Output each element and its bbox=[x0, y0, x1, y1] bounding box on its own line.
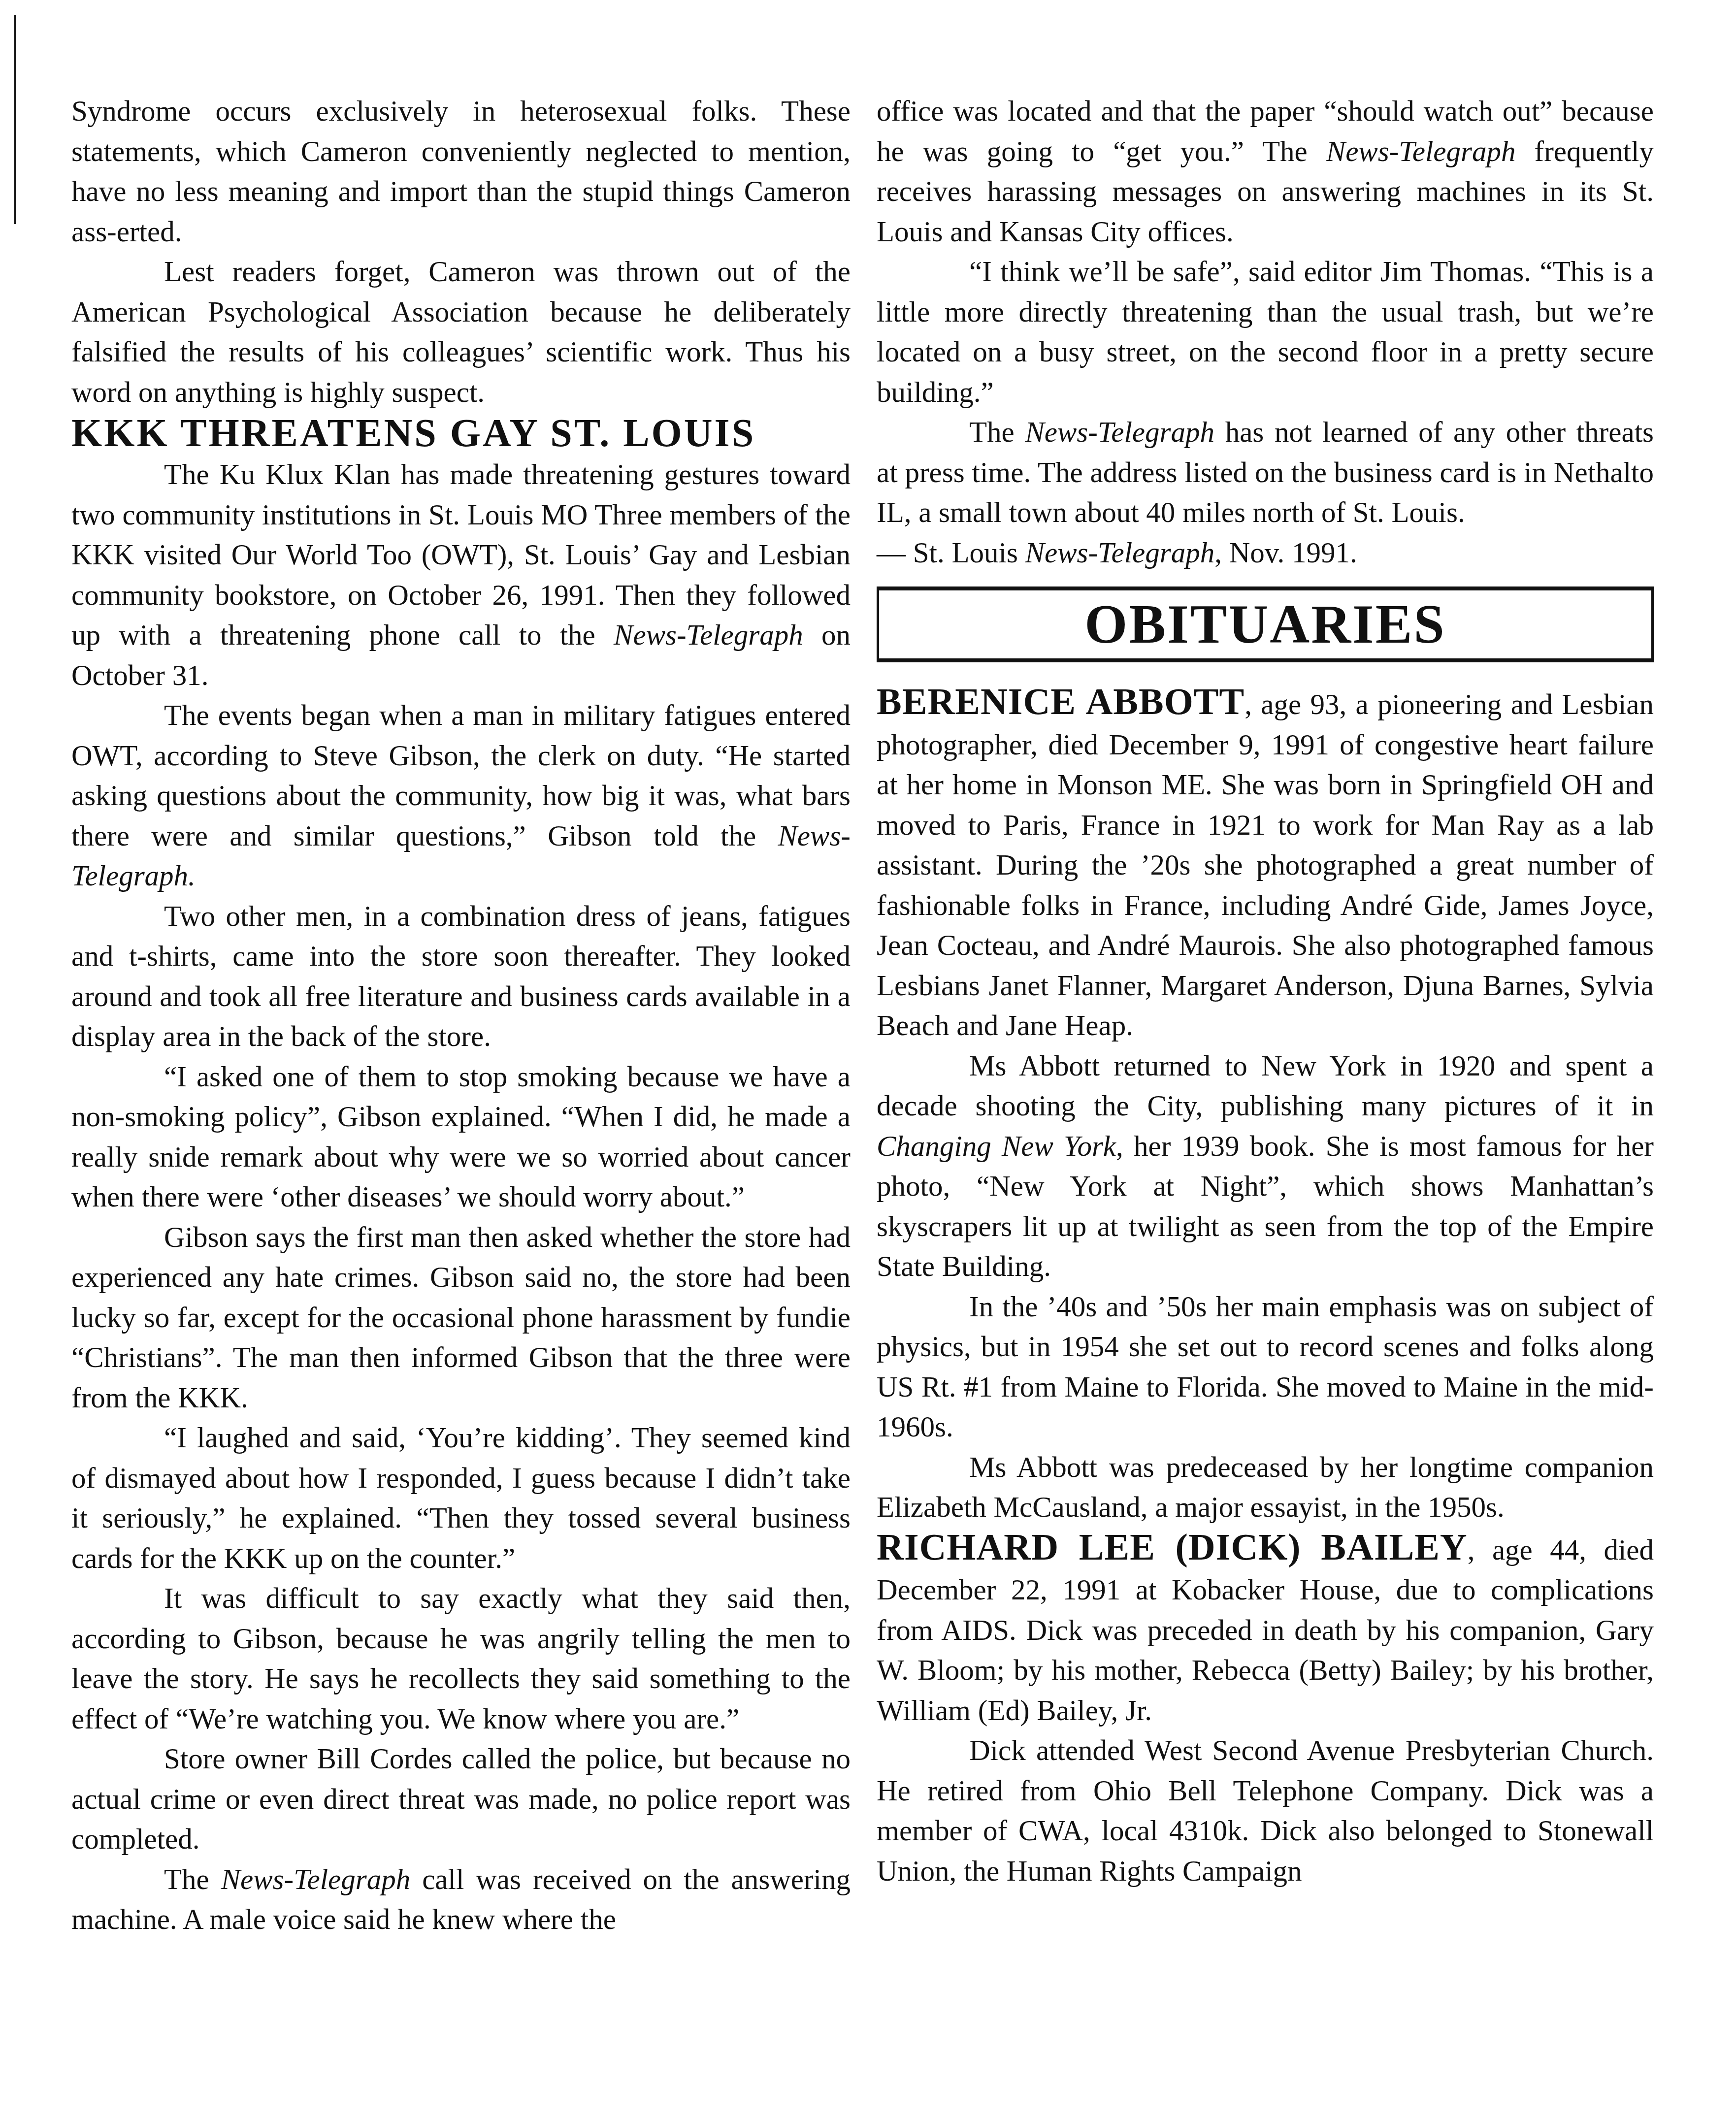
obituary-paragraph: Ms Abbott returned to New York in 1920 a… bbox=[877, 1046, 1654, 1287]
obituary-entry-bailey: RICHARD LEE (DICK) BAILEY, age 44, died … bbox=[877, 1528, 1654, 1731]
publication-name: News-Telegraph bbox=[221, 1863, 411, 1895]
story-paragraph: Store owner Bill Cordes called the polic… bbox=[71, 1739, 851, 1859]
obituary-paragraph: Dick attended West Second Avenue Presbyt… bbox=[877, 1730, 1654, 1891]
story-paragraph: office was located and that the paper “s… bbox=[877, 91, 1654, 252]
story-paragraph: It was difficult to say exactly what the… bbox=[71, 1578, 851, 1739]
story-paragraph: Two other men, in a combination dress of… bbox=[71, 896, 851, 1057]
obituary-entry-abbott: BERENICE ABBOTT, age 93, a pioneering an… bbox=[877, 682, 1654, 1046]
obituary-paragraph: Ms Abbott was predeceased by her longtim… bbox=[877, 1447, 1654, 1528]
story-paragraph: The Ku Klux Klan has made threatening ge… bbox=[71, 455, 851, 695]
story-attribution: — St. Louis News-Telegraph, Nov. 1991. bbox=[877, 533, 1654, 573]
scan-edge-line bbox=[14, 15, 16, 224]
publication-name: News-Telegraph bbox=[614, 619, 803, 651]
publication-name: News-Telegraph bbox=[1025, 536, 1215, 569]
obituary-name: BERENICE ABBOTT bbox=[877, 681, 1245, 722]
obituary-name: RICHARD LEE (DICK) BAILEY bbox=[877, 1527, 1468, 1568]
obituary-paragraph: In the ’40s and ’50s her main emphasis w… bbox=[877, 1287, 1654, 1447]
story-paragraph: The events began when a man in military … bbox=[71, 695, 851, 896]
section-title: OBITUARIES bbox=[1084, 597, 1445, 652]
continuation-paragraph: Syndrome occurs exclusively in heterosex… bbox=[71, 91, 851, 252]
story-paragraph: “I think we’ll be safe”, said editor Jim… bbox=[877, 252, 1654, 412]
continuation-paragraph: Lest readers forget, Cameron was thrown … bbox=[71, 252, 851, 412]
book-title: Changing New York bbox=[877, 1130, 1116, 1162]
publication-name: News-Telegraph bbox=[1025, 416, 1214, 448]
story-paragraph: The News-Telegraph has not learned of an… bbox=[877, 412, 1654, 533]
right-column: office was located and that the paper “s… bbox=[877, 91, 1654, 1891]
story-paragraph: Gibson says the first man then asked whe… bbox=[71, 1217, 851, 1418]
story-paragraph: The News-Telegraph call was received on … bbox=[71, 1859, 851, 1940]
story-paragraph: “I asked one of them to stop smoking bec… bbox=[71, 1057, 851, 1217]
story-paragraph: “I laughed and said, ‘You’re kidding’. T… bbox=[71, 1418, 851, 1578]
obituaries-section-header: OBITUARIES bbox=[877, 587, 1654, 662]
publication-name: News-Telegraph bbox=[1326, 135, 1516, 167]
story-headline: KKK THREATENS GAY ST. LOUIS bbox=[71, 412, 851, 455]
left-column: Syndrome occurs exclusively in heterosex… bbox=[71, 91, 851, 1940]
